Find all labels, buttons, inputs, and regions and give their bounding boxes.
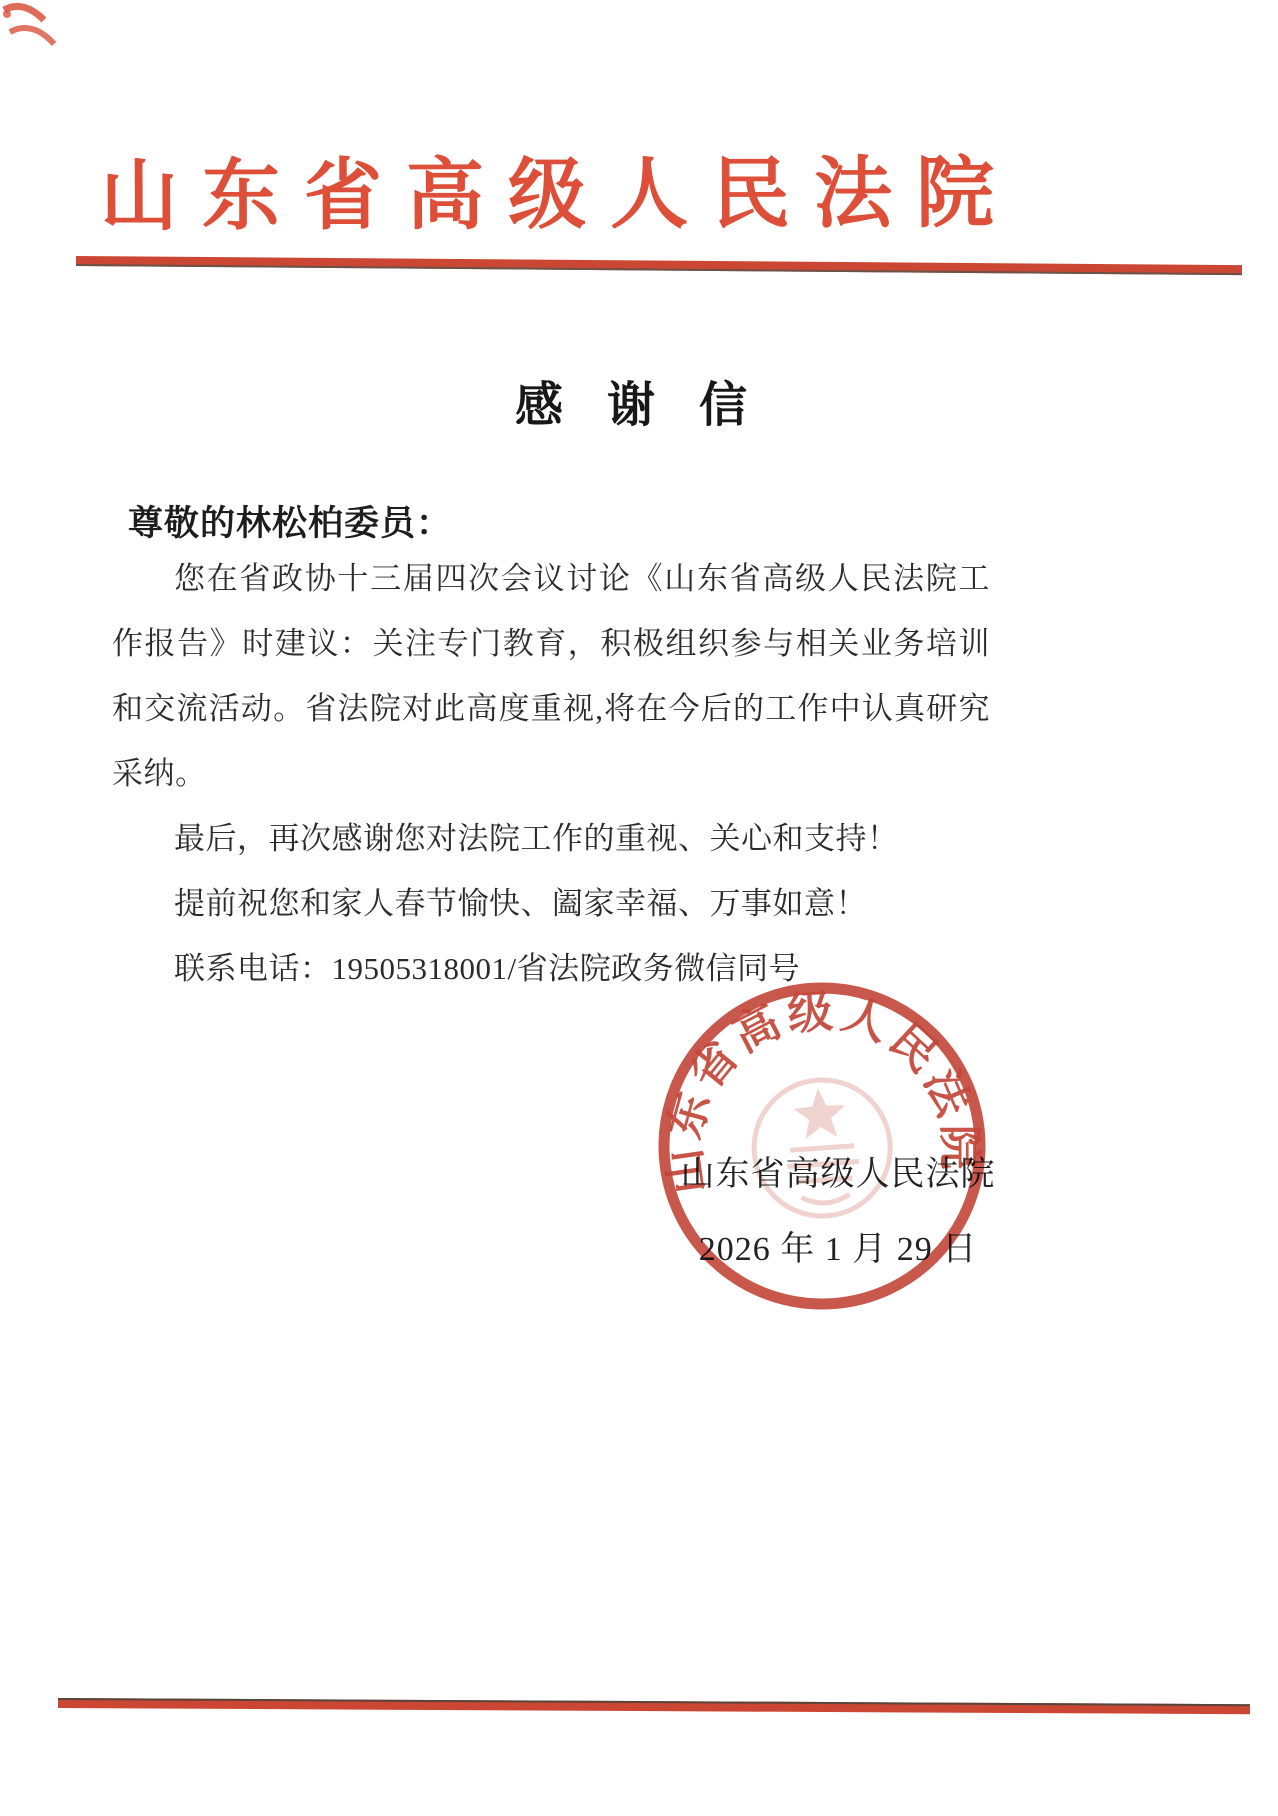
scan-artifact-marks [0, 0, 90, 55]
letter-date: 2026 年 1 月 29 日 [648, 1221, 1028, 1270]
closing-block: 山东省高级人民法院 2026 年 1 月 29 日 [648, 1146, 1028, 1270]
footer-rule [58, 1698, 1250, 1714]
body-paragraph: 提前祝您和家人春节愉快、阖家幸福、万事如意！ [112, 871, 990, 936]
scanned-letter-page: 山东省高级人民法院 感 谢 信 尊敬的林松柏委员： 您在省政协十三届四次会议讨论… [0, 0, 1278, 1816]
body-paragraph: 最后，再次感谢您对法院工作的重视、关心和支持！ [112, 806, 990, 871]
letter-body: 您在省政协十三届四次会议讨论《山东省高级人民法院工作报告》时建议：关注专门教育，… [112, 546, 990, 1001]
body-paragraph: 联系电话：19505318001/省法院政务微信同号 [112, 936, 990, 1001]
salutation: 尊敬的林松柏委员： [128, 496, 452, 546]
signature-court-name: 山东省高级人民法院 [648, 1146, 1028, 1195]
letterhead-court-name: 山东省高级人民法院 [100, 130, 1180, 246]
letter-title: 感 谢 信 [0, 366, 1278, 435]
letterhead-rule [76, 256, 1242, 275]
body-paragraph: 您在省政协十三届四次会议讨论《山东省高级人民法院工作报告》时建议：关注专门教育，… [112, 546, 990, 806]
